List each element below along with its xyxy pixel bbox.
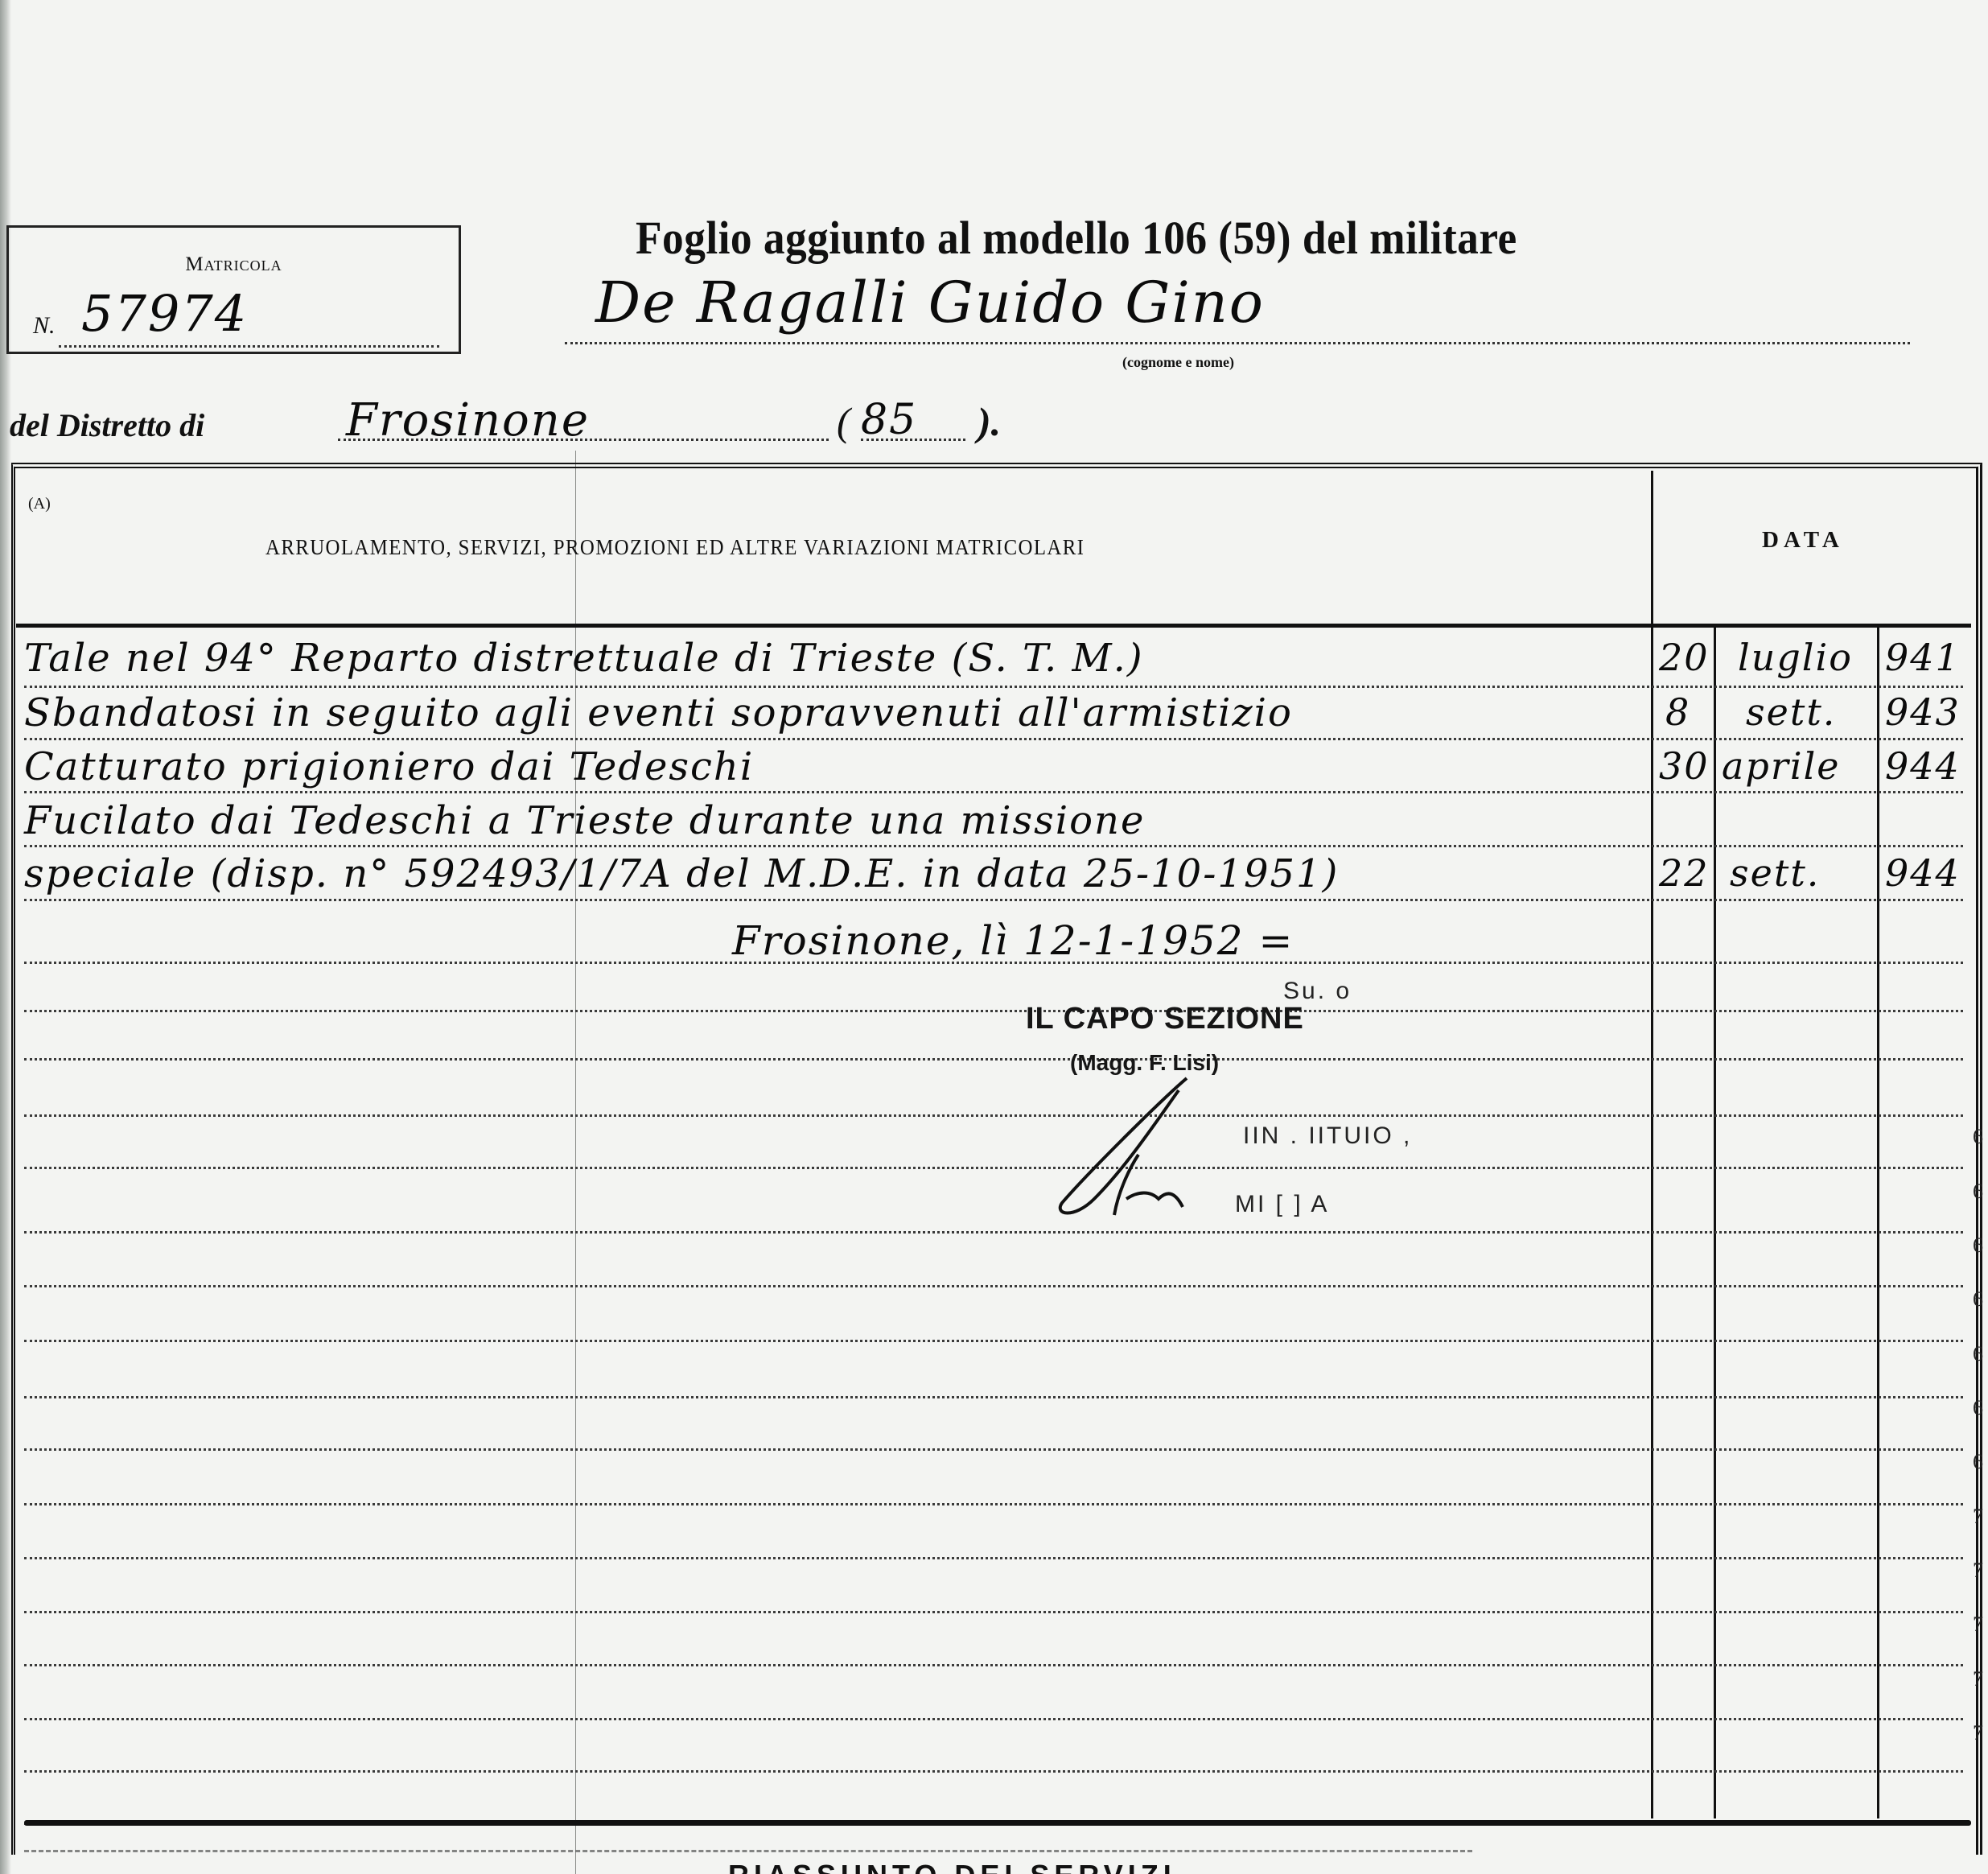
- ruled-line: [24, 899, 1963, 901]
- margin-digit: 6: [1973, 1450, 1983, 1474]
- entry-year: 943: [1885, 690, 1961, 734]
- entry-text: Catturato prigioniero dai Tedeschi: [24, 744, 754, 789]
- soldier-name: De Ragalli Guido Gino: [595, 270, 1265, 336]
- footer-heading: RIASSUNTO DEI SERVIZI: [728, 1859, 1176, 1874]
- ruled-line: [24, 738, 1963, 740]
- entry-year: 941: [1885, 636, 1961, 679]
- margin-digit: 6: [1973, 1234, 1983, 1258]
- entry-month: luglio: [1738, 636, 1853, 679]
- ruled-line: [24, 1058, 1963, 1061]
- matricola-box: Matricola N. 57974: [6, 225, 461, 354]
- ruled-line: [24, 1664, 1963, 1666]
- stamp-residue: Su. o: [1283, 978, 1352, 1005]
- margin-digit: 7: [1973, 1505, 1983, 1529]
- document-title: Foglio aggiunto al modello 106 (59) del …: [636, 211, 1517, 265]
- margin-digit: 7: [1973, 1667, 1983, 1691]
- margin-digit: 6: [1973, 1396, 1983, 1420]
- ruled-line: [24, 1503, 1963, 1505]
- date-column-divider: [1651, 628, 1653, 1818]
- ruled-line: [24, 1557, 1963, 1559]
- district-dotted-line: [338, 439, 829, 441]
- ruled-line: [24, 1231, 1963, 1234]
- entry-month: sett.: [1730, 851, 1820, 895]
- name-caption: (cognome e nome): [1122, 354, 1234, 371]
- margin-digit: 6: [1973, 1125, 1983, 1149]
- ruled-line: [24, 1285, 1963, 1287]
- margin-digit: 6: [1973, 1287, 1983, 1312]
- entry-text: speciale (disp. n° 592493/1/7A del M.D.E…: [24, 851, 1339, 896]
- entry-text: Tale nel 94° Reparto distrettuale di Tri…: [24, 636, 1144, 681]
- ruled-line: [24, 1114, 1963, 1117]
- table-bottom-rule: [24, 1820, 1971, 1826]
- ruled-line: [24, 1611, 1963, 1613]
- signature-icon: [1038, 1070, 1295, 1223]
- matricola-number: 57974: [81, 284, 248, 343]
- ruled-line: [24, 1770, 1963, 1773]
- entry-day: 20: [1659, 636, 1710, 679]
- district-code-dotted-line: [861, 439, 965, 441]
- margin-digit: 7: [1973, 1559, 1983, 1583]
- margin-digit: 6: [1973, 1180, 1983, 1204]
- district-code: 85: [861, 396, 917, 444]
- ruled-line: [24, 1010, 1963, 1012]
- ruled-line: [24, 686, 1963, 688]
- entry-day: 8: [1665, 690, 1690, 734]
- entry-year: 944: [1885, 851, 1961, 895]
- matricola-label: Matricola: [9, 253, 459, 276]
- month-year-divider: [1877, 628, 1879, 1818]
- day-month-divider: [1714, 628, 1716, 1818]
- ruled-line: [24, 845, 1963, 847]
- matricola-dotted-line: [59, 345, 439, 348]
- entry-day: 22: [1659, 851, 1710, 895]
- entry-year: 944: [1885, 744, 1961, 788]
- entry-text: Fucilato dai Tedeschi a Trieste durante …: [24, 798, 1145, 843]
- name-dotted-line: [565, 342, 1910, 344]
- margin-digit: 7: [1973, 1612, 1983, 1637]
- district-label: del Distretto di: [10, 406, 204, 444]
- ruled-line: [24, 1340, 1963, 1342]
- district-code-close: ).: [978, 398, 1001, 445]
- header-bottom-rule: [16, 624, 1971, 628]
- ruled-line: [24, 1396, 1963, 1398]
- entry-month: sett.: [1746, 690, 1836, 734]
- entry-month: aprile: [1722, 744, 1841, 788]
- ruled-line: [24, 1718, 1963, 1720]
- entry-text: Sbandatosi in seguito agli eventi soprav…: [24, 690, 1293, 735]
- ruled-line: [24, 1448, 1963, 1451]
- ruled-line: [24, 791, 1963, 793]
- place-and-date: Frosinone, lì 12-1-1952 =: [732, 917, 1294, 964]
- stamp-title: IL CAPO SEZIONE: [1026, 1002, 1304, 1036]
- header-column-divider: [1651, 471, 1653, 632]
- margin-digit: 6: [1973, 1342, 1983, 1366]
- column-header-date: DATA: [1762, 527, 1844, 554]
- margin-digit: 7: [1973, 1721, 1983, 1745]
- column-header-variations: ARRUOLAMENTO, SERVIZI, PROMOZIONI ED ALT…: [265, 535, 1085, 560]
- ruled-line: [24, 1167, 1963, 1169]
- district-code-open: (: [837, 398, 850, 445]
- footer-rule: [24, 1847, 1472, 1852]
- entry-day: 30: [1659, 744, 1710, 788]
- note-marker: (A): [28, 495, 51, 513]
- matricola-prefix: N.: [33, 312, 56, 340]
